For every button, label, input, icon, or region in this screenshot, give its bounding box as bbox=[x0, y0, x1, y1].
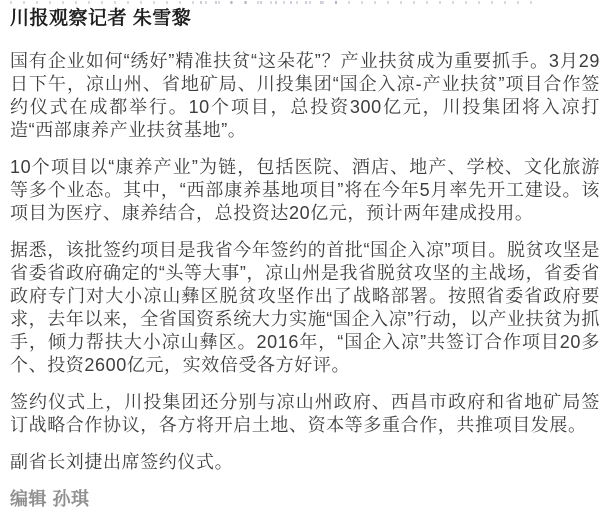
article-editor-credit: 编辑 孙琪 bbox=[10, 488, 600, 511]
article-paragraph-2: 10个项目以“康养产业”为链，包括医院、酒店、地产、学校、文化旅游等多个业态。其… bbox=[10, 156, 600, 225]
article-paragraph-3: 据悉，该批签约项目是我省今年签约的首批“国企入凉”项目。脱贫攻坚是省委省政府确定… bbox=[10, 239, 600, 377]
article-page: 川报观察记者 朱雪黎 国有企业如何“绣好”精准扶贫“这朵花”？产业扶贫成为重要抓… bbox=[0, 0, 610, 522]
article-paragraph-4: 签约仪式上，川投集团还分别与凉山州政府、西昌市政府和省地矿局签订战略合作协议，各… bbox=[10, 391, 600, 437]
article-paragraph-1: 国有企业如何“绣好”精准扶贫“这朵花”？产业扶贫成为重要抓手。3月29日下午，凉… bbox=[10, 50, 600, 142]
cropped-text-remnant bbox=[10, 1, 532, 4]
article-byline: 川报观察记者 朱雪黎 bbox=[10, 8, 600, 29]
article-paragraph-5: 副省长刘捷出席签约仪式。 bbox=[10, 451, 600, 474]
